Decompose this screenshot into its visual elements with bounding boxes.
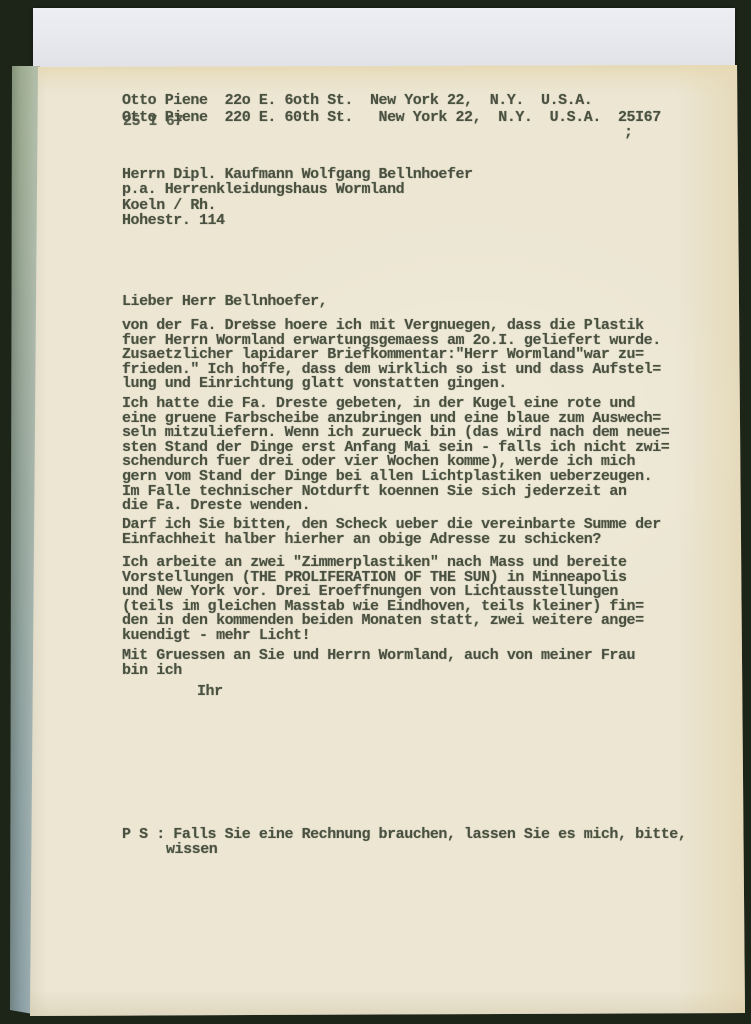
- white-sheet-edge: [33, 8, 735, 68]
- sender-address-line-1: Otto Piene 22o E. 6oth St. New York 22, …: [122, 94, 592, 109]
- body-paragraph-2: Ich hatte die Fa. Dreste gebeten, in der…: [122, 397, 669, 514]
- body-paragraph-4: Ich arbeite an zwei "Zimmerplastiken" na…: [122, 556, 644, 644]
- body-paragraph-1: von der Fa. Dresse hoere ich mit Vergnue…: [122, 319, 661, 392]
- letter-scan: Otto Piene 22o E. 6oth St. New York 22, …: [0, 0, 751, 1024]
- typo-overstrike: t: [249, 319, 258, 334]
- sender-address-rest: 220 E. 60th St. New York 22, N.Y. U.S.A.…: [208, 109, 661, 126]
- sender-address-line-2: Otto Piene25 I 67 220 E. 60th St. New Yo…: [122, 111, 661, 140]
- stray-semicolon: ;: [624, 126, 633, 141]
- signature-prompt: Ihr: [197, 685, 223, 700]
- postscript-line-2: wissen: [166, 843, 217, 858]
- date-overstrike: 25 I 67: [123, 115, 183, 130]
- recipient-address: Herrn Dipl. Kaufmann Wolfgang Bellnhoefe…: [122, 167, 473, 228]
- closing-line: Mit Gruessen an Sie und Herrn Wormland, …: [122, 649, 635, 678]
- body-paragraph-3: Darf ich Sie bitten, den Scheck ueber di…: [122, 518, 661, 547]
- salutation: Lieber Herr Bellnhoefer,: [122, 295, 327, 310]
